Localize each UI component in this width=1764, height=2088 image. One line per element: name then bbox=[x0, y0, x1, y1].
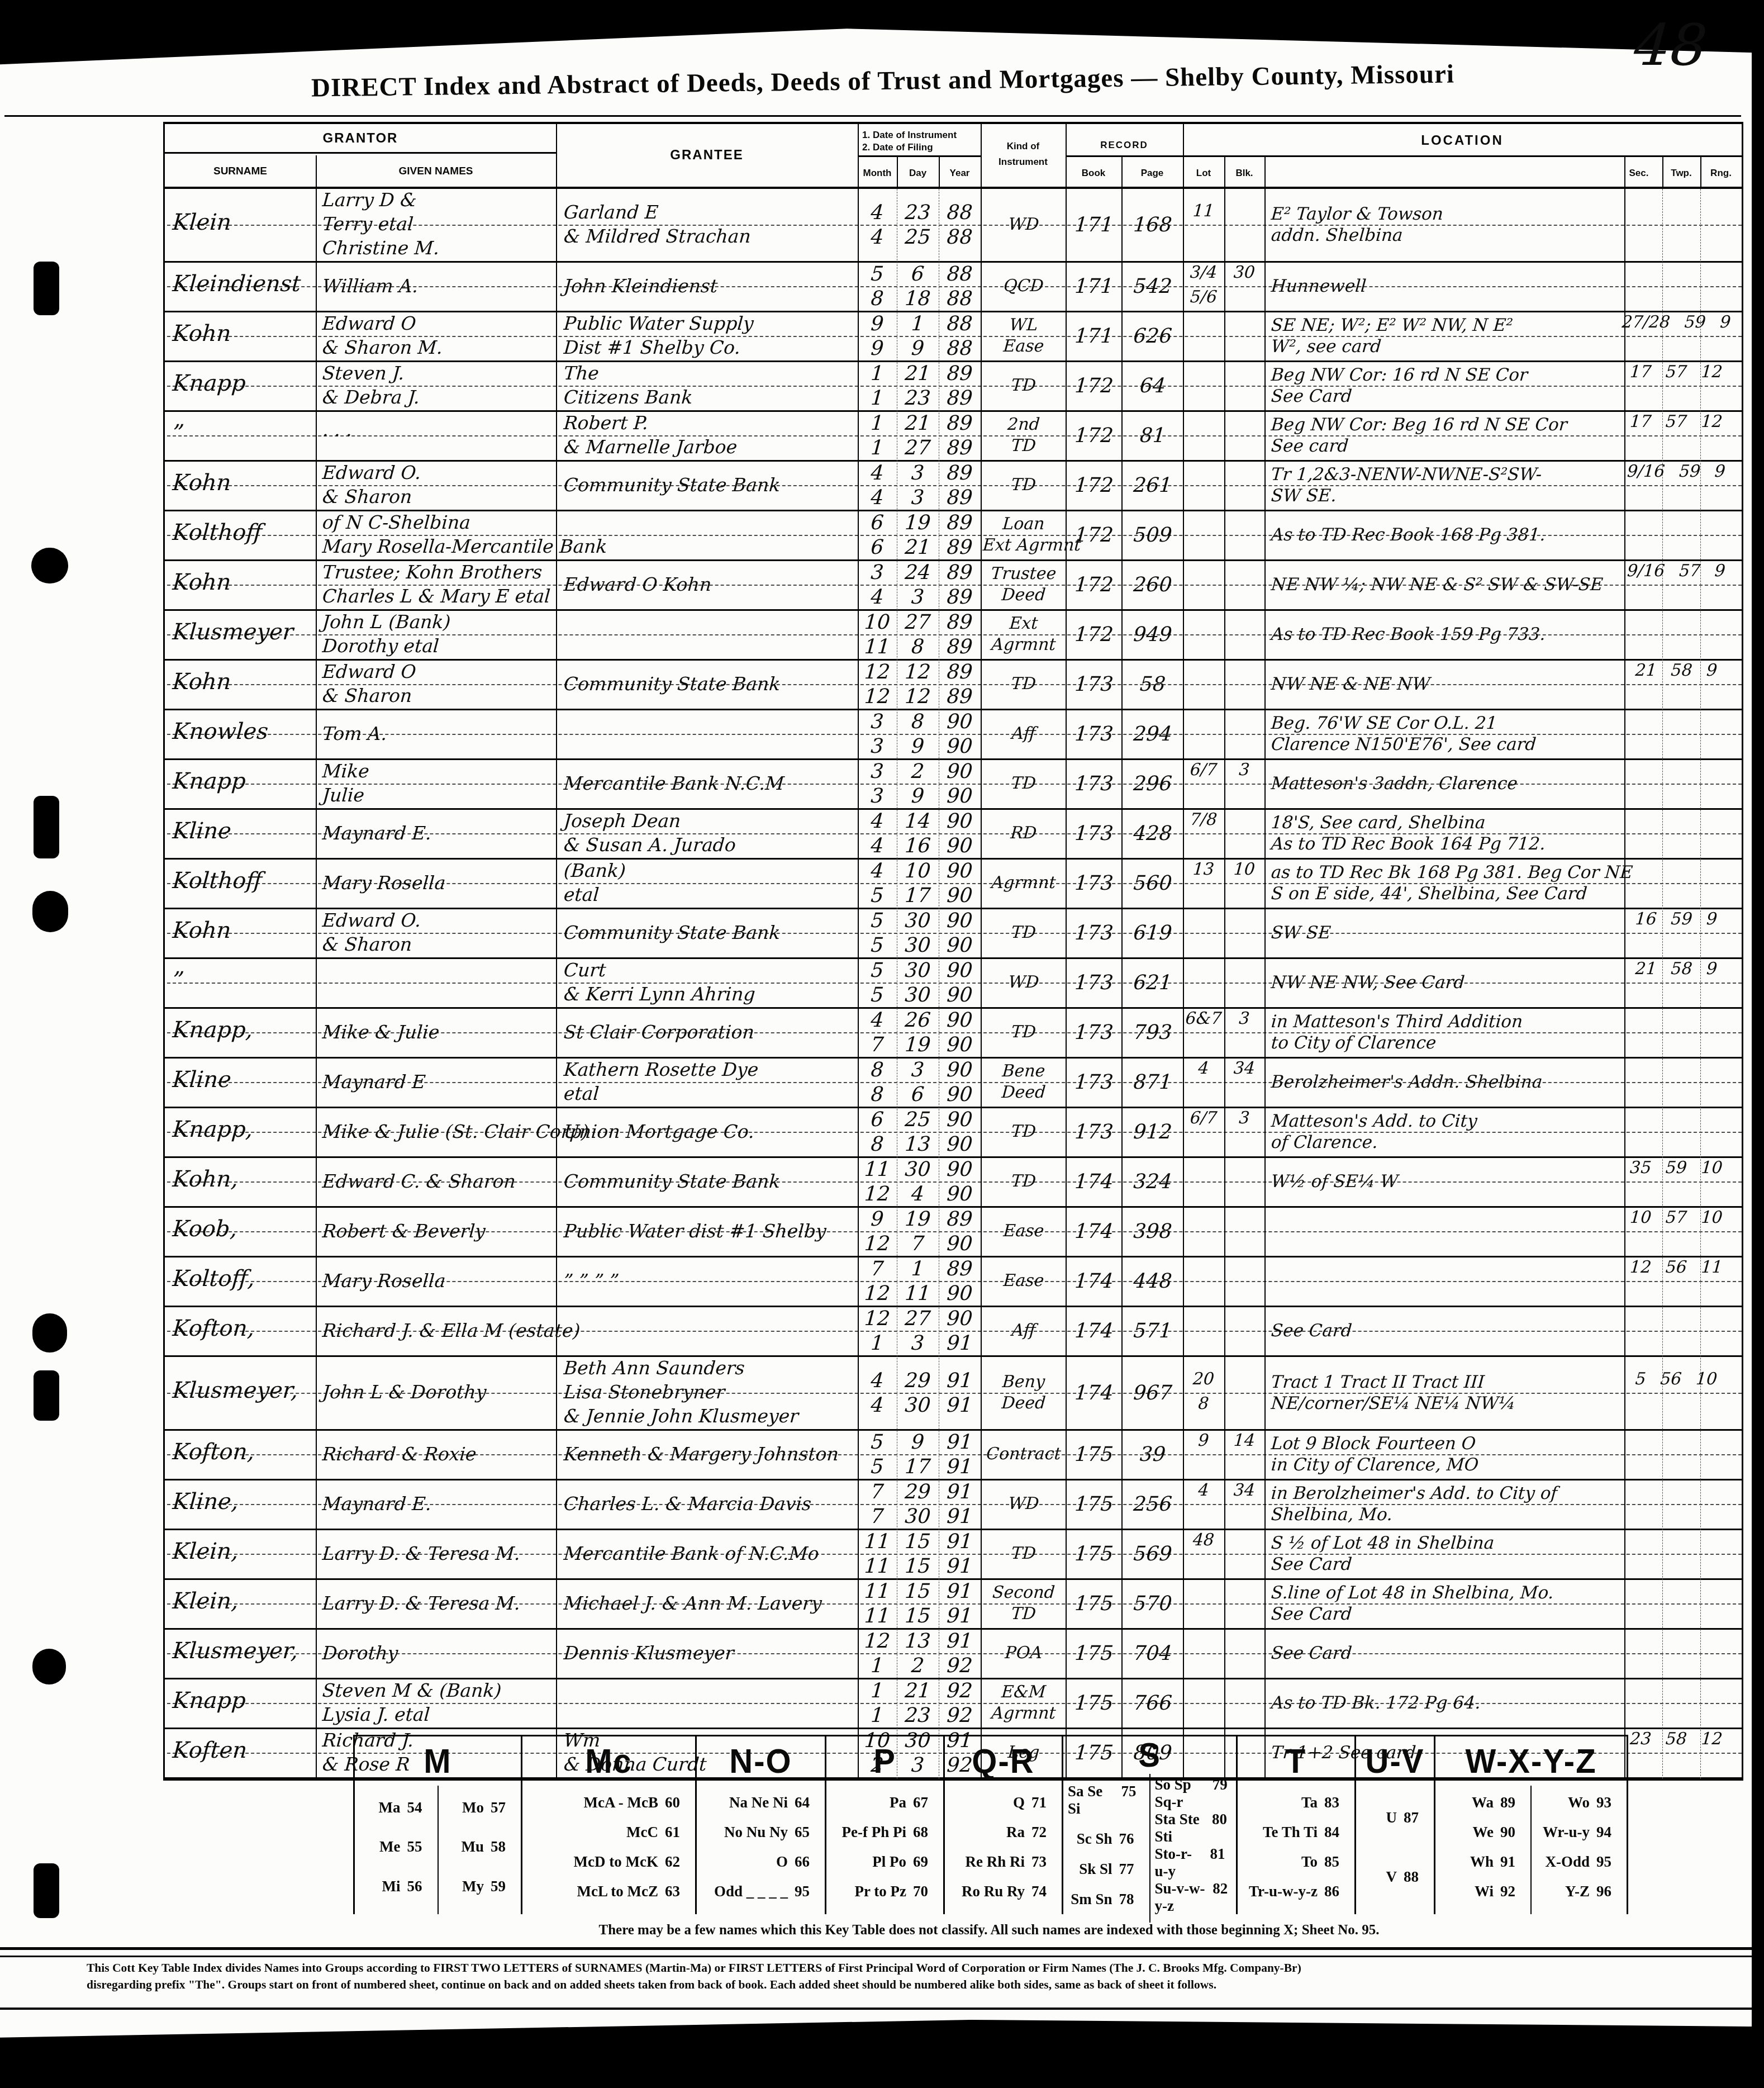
grantee-cell: & Marnelle Jarboe bbox=[563, 438, 738, 457]
hole-punch-mark bbox=[32, 891, 68, 932]
surname-cell: Knapp, bbox=[172, 1118, 254, 1141]
date-filing-cell: 3 bbox=[858, 736, 897, 757]
date-instrument-cell: 12 bbox=[897, 662, 939, 683]
lot-cell: 6/7 bbox=[1183, 1109, 1224, 1127]
given-names-cell: John L & Dorothy bbox=[322, 1383, 487, 1402]
key-entry-number: 54 bbox=[407, 1799, 433, 1816]
date-instrument-cell: 4 bbox=[858, 861, 897, 882]
key-entry: Na Ne Ni64 bbox=[701, 1794, 820, 1811]
date-filing-cell: 15 bbox=[897, 1606, 939, 1627]
date-filing-cell: 88 bbox=[939, 227, 981, 248]
key-group: M Ma54Me55Mi56Mo57Mu58My59 bbox=[355, 1736, 522, 1914]
date-filing-cell: 90 bbox=[939, 885, 981, 907]
date-filing-cell: 90 bbox=[939, 1134, 981, 1155]
lot-cell: 3/4 bbox=[1183, 264, 1224, 282]
lot-cell: 4 bbox=[1183, 1482, 1224, 1499]
date-filing-cell: 4 bbox=[858, 1395, 897, 1416]
blk-cell: 34 bbox=[1225, 1060, 1264, 1078]
lot-cell: 9 bbox=[1183, 1432, 1224, 1450]
key-entry-number: 70 bbox=[913, 1883, 939, 1900]
date-instrument-cell: 7 bbox=[858, 1259, 897, 1280]
given-names-cell: & Sharon bbox=[322, 487, 413, 507]
surname-cell: Kofton, bbox=[172, 1440, 255, 1464]
lot-cell: 5/6 bbox=[1183, 288, 1224, 306]
key-entry-label: Mi bbox=[382, 1878, 401, 1895]
table-row: Kohn,Edward C. & SharonCommunity State B… bbox=[165, 1158, 1742, 1208]
key-entry-number: 95 bbox=[1596, 1853, 1622, 1871]
key-entry-label: Sa Se Si bbox=[1068, 1783, 1115, 1817]
table-row: ”· · ·Robert P.& Marnelle Jarboe12189127… bbox=[165, 412, 1742, 462]
date-instrument-cell: 1 bbox=[858, 1681, 897, 1702]
header-month: Month bbox=[858, 168, 897, 179]
key-entry: Wi92 bbox=[1440, 1883, 1526, 1900]
given-names-cell: Mike & Julie bbox=[322, 1023, 440, 1042]
record-page-cell: 626 bbox=[1123, 326, 1183, 347]
location-cell: S ½ of Lot 48 in Shelbina bbox=[1271, 1534, 1495, 1553]
date-instrument-cell: 90 bbox=[939, 1060, 981, 1081]
surname-cell: Klusmeyer, bbox=[172, 1379, 299, 1402]
date-instrument-cell: 30 bbox=[897, 1159, 939, 1180]
given-names-cell: Trustee; Kohn Brothers bbox=[322, 563, 543, 582]
given-names-cell: Mary Rosella-Mercantile Bank bbox=[322, 537, 608, 557]
header-book: Book bbox=[1066, 168, 1121, 179]
date-filing-cell: 1 bbox=[858, 388, 897, 409]
key-entry-label: Me bbox=[379, 1838, 400, 1856]
date-instrument-cell: 92 bbox=[939, 1681, 981, 1702]
key-entry-label: Re Rh Ri bbox=[966, 1853, 1025, 1871]
date-filing-cell: 2 bbox=[897, 1655, 939, 1677]
record-book-cell: 172 bbox=[1067, 575, 1121, 596]
date-filing-cell: 90 bbox=[939, 935, 981, 956]
key-entry-number: 58 bbox=[491, 1838, 516, 1856]
sec-twp-rng-cell: 12 56 11 bbox=[1613, 1259, 1740, 1276]
key-entry-number: 64 bbox=[795, 1794, 820, 1811]
key-group: S Sa Se Si75Sc Sh76Sk Sl77Sm Sn78So Sp S… bbox=[1063, 1736, 1238, 1914]
record-book-cell: 173 bbox=[1067, 773, 1121, 795]
table-row: KohnEdward O& SharonCommunity State Bank… bbox=[165, 661, 1742, 710]
hole-punch-mark bbox=[31, 548, 68, 583]
surname-cell: Knapp, bbox=[172, 1018, 254, 1042]
location-cell: As to TD Rec Book 164 Pg 712. bbox=[1271, 835, 1546, 853]
date-instrument-cell: 15 bbox=[897, 1581, 939, 1602]
record-book-cell: 173 bbox=[1067, 1122, 1121, 1143]
key-group-letter: T bbox=[1238, 1735, 1354, 1787]
date-filing-cell: 8 bbox=[858, 1084, 897, 1105]
key-group: Q-R Q71Ra72Re Rh Ri73Ro Ru Ry74 bbox=[945, 1736, 1063, 1914]
date-instrument-cell: 5 bbox=[858, 264, 897, 285]
date-instrument-cell: 6 bbox=[858, 1109, 897, 1131]
location-cell: See Card bbox=[1271, 1322, 1353, 1340]
key-entry-label: Sm Sn bbox=[1071, 1891, 1112, 1908]
key-entry-label: Wi bbox=[1475, 1883, 1494, 1900]
header-grantor: GRANTOR bbox=[165, 131, 556, 146]
key-entry: Mo57 bbox=[443, 1799, 517, 1816]
date-instrument-cell: 5 bbox=[858, 960, 897, 981]
given-names-cell: Tom A. bbox=[322, 724, 388, 744]
date-filing-cell: 8 bbox=[897, 637, 939, 658]
key-entry-number: 68 bbox=[913, 1824, 939, 1841]
kind-of-instrument-cell: TD bbox=[982, 1173, 1065, 1190]
kind-of-instrument-cell: TD bbox=[982, 1123, 1065, 1141]
table-row: KlineMaynard EKathern Rosette Dyeetal839… bbox=[165, 1059, 1742, 1108]
footer-line-2: disregarding prefix "The". Groups start … bbox=[87, 1976, 1696, 1993]
lot-cell: 6/7 bbox=[1183, 761, 1224, 779]
kind-of-instrument-cell: E&M bbox=[982, 1683, 1065, 1701]
key-entry-label: To bbox=[1301, 1853, 1318, 1871]
table-row: KnappSteven M & (Bank)Lysia J. etal12192… bbox=[165, 1679, 1742, 1729]
key-entry: Te Th Ti84 bbox=[1242, 1824, 1350, 1841]
date-filing-cell: 8 bbox=[858, 288, 897, 310]
key-entry-label: Q bbox=[1013, 1794, 1025, 1811]
grantee-cell: Beth Ann Saunders bbox=[563, 1359, 745, 1378]
date-instrument-cell: 90 bbox=[939, 1159, 981, 1180]
lot-cell: 7/8 bbox=[1183, 811, 1224, 829]
given-names-cell: Larry D & bbox=[322, 191, 417, 210]
table-row: KolthoffMary Rosella(Bank)etal4109051790… bbox=[165, 860, 1742, 909]
key-entry-number: 76 bbox=[1119, 1830, 1145, 1848]
date-filing-cell: 12 bbox=[858, 686, 897, 708]
kind-of-instrument-cell: POA bbox=[982, 1644, 1065, 1662]
grantee-cell: & Susan A. Jurado bbox=[563, 836, 736, 855]
key-entry-number: 96 bbox=[1596, 1883, 1622, 1900]
grantee-cell: Edward O Kohn bbox=[563, 575, 712, 595]
kind-of-instrument-cell: Bene bbox=[982, 1062, 1065, 1080]
header-blk: Blk. bbox=[1224, 168, 1264, 179]
key-entry: Sta Ste Sti80 bbox=[1155, 1811, 1232, 1845]
table-row: KohnEdward O& Sharon M.Public Water Supp… bbox=[165, 312, 1742, 362]
kind-of-instrument-cell: Second bbox=[982, 1584, 1065, 1602]
surname-cell: Kolthoff bbox=[172, 869, 263, 893]
record-book-cell: 175 bbox=[1067, 1444, 1121, 1465]
given-names-cell: Lysia J. etal bbox=[322, 1705, 431, 1725]
blk-cell: 3 bbox=[1225, 761, 1264, 779]
header-given-names: GIVEN NAMES bbox=[316, 165, 556, 178]
date-filing-cell: 15 bbox=[897, 1556, 939, 1577]
blk-cell: 30 bbox=[1225, 264, 1264, 282]
record-book-cell: 173 bbox=[1067, 972, 1121, 994]
location-cell: Beg NW Cor: 16 rd N SE Cor bbox=[1271, 366, 1528, 385]
grantee-cell: Public Water Supply bbox=[563, 314, 754, 334]
key-entry-label: Sto-r-u-y bbox=[1155, 1845, 1204, 1880]
given-names-cell: Richard & Roxie bbox=[322, 1445, 477, 1464]
kind-of-instrument-cell: TD bbox=[982, 437, 1065, 455]
key-entry-number: 85 bbox=[1324, 1853, 1350, 1871]
location-cell: As to TD Rec Book 168 Pg 381. bbox=[1271, 526, 1546, 544]
grantee-cell: The bbox=[563, 364, 600, 383]
key-entry-label: Na Ne Ni bbox=[729, 1794, 788, 1811]
key-entry-label: My bbox=[462, 1878, 484, 1895]
key-entry-label: Sc Sh bbox=[1077, 1830, 1112, 1848]
key-group-letter: P bbox=[826, 1735, 943, 1787]
location-cell: As to TD Rec Book 159 Pg 733. bbox=[1271, 625, 1546, 644]
record-page-cell: 570 bbox=[1123, 1593, 1183, 1615]
date-filing-cell: 90 bbox=[939, 1084, 981, 1105]
location-cell: SW SE bbox=[1271, 924, 1332, 942]
table-row: KohnEdward O.& SharonCommunity State Ban… bbox=[165, 462, 1742, 511]
grantee-cell: Citizens Bank bbox=[563, 388, 693, 407]
key-entry-number: 63 bbox=[665, 1883, 691, 1900]
kind-of-instrument-cell: WL bbox=[982, 316, 1065, 334]
date-instrument-cell: 90 bbox=[939, 711, 981, 733]
date-filing-cell: 5 bbox=[858, 1456, 897, 1478]
table-row: Kolthoffof N C-ShelbinaMary Rosella-Merc… bbox=[165, 511, 1742, 561]
lot-cell: 8 bbox=[1183, 1395, 1224, 1413]
date-instrument-cell: 4 bbox=[858, 463, 897, 484]
record-book-cell: 175 bbox=[1067, 1643, 1121, 1664]
given-names-cell: William A. bbox=[322, 277, 419, 296]
record-book-cell: 173 bbox=[1067, 1072, 1121, 1093]
date-filing-cell: 5 bbox=[858, 885, 897, 907]
record-page-cell: 793 bbox=[1123, 1022, 1183, 1043]
record-book-cell: 175 bbox=[1067, 1693, 1121, 1714]
surname-cell: Koltoff, bbox=[172, 1267, 256, 1290]
date-instrument-cell: 89 bbox=[939, 512, 981, 534]
date-filing-cell: 4 bbox=[858, 487, 897, 509]
key-entry-number: 62 bbox=[665, 1853, 691, 1871]
kind-of-instrument-cell: Loan bbox=[982, 515, 1065, 533]
date-filing-cell: 23 bbox=[897, 388, 939, 409]
grantee-cell: (Bank) bbox=[563, 861, 626, 881]
record-page-cell: 571 bbox=[1123, 1321, 1183, 1342]
key-entry: Ro Ru Ry74 bbox=[949, 1883, 1057, 1900]
grantee-cell: Joseph Dean bbox=[563, 812, 682, 831]
grantee-cell: & Jennie John Klusmeyer bbox=[563, 1407, 799, 1426]
date-filing-cell: 7 bbox=[897, 1233, 939, 1255]
sec-twp-rng-cell: 21 58 9 bbox=[1613, 662, 1740, 680]
key-entry: No Nu Ny65 bbox=[701, 1824, 820, 1841]
blk-cell: 3 bbox=[1225, 1010, 1264, 1028]
date-filing-cell: 12 bbox=[858, 1283, 897, 1304]
record-page-cell: 621 bbox=[1123, 972, 1183, 994]
surname-cell: Kline bbox=[172, 819, 232, 843]
key-entry: Mu58 bbox=[443, 1838, 517, 1856]
record-page-cell: 256 bbox=[1123, 1494, 1183, 1515]
key-entry: McC61 bbox=[527, 1824, 691, 1841]
key-entry-number: 65 bbox=[795, 1824, 820, 1841]
date-filing-cell: 89 bbox=[939, 686, 981, 708]
table-row: Klusmeyer,John L & DorothyBeth Ann Saund… bbox=[165, 1357, 1742, 1431]
date-filing-cell: 92 bbox=[939, 1705, 981, 1726]
date-instrument-cell: 1 bbox=[897, 314, 939, 335]
surname-cell: Kohn bbox=[172, 670, 232, 694]
sec-twp-rng-cell: 27/28 59 9 bbox=[1613, 314, 1740, 331]
surname-cell: Kleindienst bbox=[172, 272, 302, 296]
surname-cell: Klein bbox=[172, 211, 232, 234]
surname-cell: Kohn bbox=[172, 919, 232, 942]
scan-edge-right bbox=[1752, 31, 1764, 2088]
surname-cell: Kofton, bbox=[172, 1317, 255, 1340]
record-book-cell: 173 bbox=[1067, 674, 1121, 695]
table-row: Knapp,Mike & JulieSt Clair Corporation42… bbox=[165, 1009, 1742, 1059]
date-instrument-cell: 23 bbox=[897, 202, 939, 224]
date-filing-cell: 91 bbox=[939, 1556, 981, 1577]
date-instrument-cell: 89 bbox=[939, 363, 981, 385]
grantee-cell: St Clair Corporation bbox=[563, 1023, 755, 1042]
key-entry: Sc Sh76 bbox=[1068, 1830, 1145, 1848]
kind-of-instrument-cell: Agrmnt bbox=[982, 636, 1065, 654]
date-instrument-cell: 29 bbox=[897, 1482, 939, 1503]
record-book-cell: 173 bbox=[1067, 724, 1121, 745]
page-title: DIRECT Index and Abstract of Deeds, Deed… bbox=[257, 58, 1509, 103]
date-instrument-cell: 9 bbox=[897, 1432, 939, 1453]
key-entry-number: 77 bbox=[1119, 1861, 1145, 1878]
given-names-cell: · · · bbox=[322, 426, 353, 445]
header-rng: Rng. bbox=[1700, 168, 1742, 179]
given-names-cell: & Debra J. bbox=[322, 388, 421, 407]
record-book-cell: 171 bbox=[1067, 215, 1121, 236]
key-entry-label: Wa bbox=[1472, 1794, 1494, 1811]
location-cell: SW SE. bbox=[1271, 487, 1337, 505]
date-instrument-cell: 89 bbox=[939, 662, 981, 683]
date-instrument-cell: 91 bbox=[939, 1581, 981, 1602]
kind-of-instrument-cell: Trustee bbox=[982, 565, 1065, 583]
kind-of-instrument-cell: WD bbox=[982, 974, 1065, 991]
date-filing-cell: 91 bbox=[939, 1456, 981, 1478]
key-entry-number: 75 bbox=[1121, 1783, 1145, 1800]
kind-of-instrument-cell: WD bbox=[982, 216, 1065, 234]
location-cell: to City of Clarence bbox=[1271, 1034, 1437, 1052]
key-entry-number: 61 bbox=[665, 1824, 691, 1841]
key-entry: McD to McK62 bbox=[527, 1853, 691, 1871]
key-entry-label: McC bbox=[626, 1824, 658, 1841]
record-page-cell: 260 bbox=[1123, 575, 1183, 596]
surname-cell: Klusmeyer, bbox=[172, 1639, 299, 1663]
location-cell: as to TD Rec Bk 168 Pg 381. Beg Cor NE bbox=[1271, 863, 1633, 882]
date-filing-cell: 11 bbox=[858, 1556, 897, 1577]
given-names-cell: Larry D. & Teresa M. bbox=[322, 1544, 521, 1564]
date-filing-cell: 7 bbox=[858, 1506, 897, 1527]
key-entry-label: No Nu Ny bbox=[724, 1824, 788, 1841]
key-group-letter: Q-R bbox=[945, 1735, 1062, 1787]
surname-cell: Knapp bbox=[172, 1689, 247, 1712]
kind-of-instrument-cell: Ext bbox=[982, 615, 1065, 633]
sec-twp-rng-cell: 17 57 12 bbox=[1613, 413, 1740, 431]
key-entry: Ma54 bbox=[359, 1799, 433, 1816]
hole-punch-mark bbox=[34, 1370, 59, 1421]
key-entry-label: U bbox=[1386, 1809, 1397, 1826]
date-filing-cell: 12 bbox=[897, 686, 939, 708]
date-filing-cell: 21 bbox=[897, 537, 939, 558]
date-instrument-cell: 89 bbox=[939, 1209, 981, 1230]
record-page-cell: 704 bbox=[1123, 1643, 1183, 1664]
date-filing-cell: 90 bbox=[939, 736, 981, 757]
date-instrument-cell: 90 bbox=[939, 910, 981, 932]
date-instrument-cell: 25 bbox=[897, 1109, 939, 1131]
key-entry-label: Ra bbox=[1006, 1824, 1025, 1841]
kind-of-instrument-cell: Deed bbox=[982, 1394, 1065, 1412]
record-book-cell: 172 bbox=[1067, 376, 1121, 397]
key-entry-number: 89 bbox=[1500, 1794, 1526, 1811]
key-entry-number: 67 bbox=[913, 1794, 939, 1811]
header-location: LOCATION bbox=[1183, 133, 1742, 149]
kind-of-instrument-cell: Agrmnt bbox=[982, 874, 1065, 892]
location-cell: S on E side, 44', Shelbina, See Card bbox=[1271, 885, 1588, 903]
kind-of-instrument-cell: TD bbox=[982, 775, 1065, 793]
location-cell: NE/corner/SE¼ NE¼ NW¼ bbox=[1271, 1394, 1516, 1413]
grantee-cell: Curt bbox=[563, 961, 607, 980]
location-cell: E² Taylor & Towson bbox=[1271, 205, 1444, 224]
grantee-cell: Community State Bank bbox=[563, 1172, 781, 1192]
grantee-cell: Community State Bank bbox=[563, 476, 781, 495]
location-cell: S.line of Lot 48 in Shelbina, Mo. bbox=[1271, 1584, 1554, 1602]
date-filing-cell: 91 bbox=[939, 1333, 981, 1354]
date-filing-cell: 89 bbox=[939, 587, 981, 608]
grantee-cell: Lisa Stonebryner bbox=[563, 1383, 726, 1402]
given-names-cell: Edward O. bbox=[322, 463, 422, 483]
header-date-filing: 2. Date of Filing bbox=[862, 142, 982, 153]
date-instrument-cell: 5 bbox=[858, 1432, 897, 1453]
kind-of-instrument-cell: TD bbox=[982, 476, 1065, 494]
date-filing-cell: 3 bbox=[897, 587, 939, 608]
kind-of-instrument-cell: 2nd bbox=[982, 416, 1065, 434]
key-table-index: M Ma54Me55Mi56Mo57Mu58My59 Mc McA - McB6… bbox=[353, 1735, 1628, 1914]
date-instrument-cell: 15 bbox=[897, 1531, 939, 1553]
record-page-cell: 64 bbox=[1123, 376, 1183, 397]
date-filing-cell: 30 bbox=[897, 1506, 939, 1527]
given-names-cell: Mike & Julie (St. Clair Corp) bbox=[322, 1122, 589, 1142]
date-filing-cell: 12 bbox=[858, 1233, 897, 1255]
record-book-cell: 173 bbox=[1067, 823, 1121, 844]
location-cell: 18'S, See card, Shelbina bbox=[1271, 814, 1486, 832]
date-filing-cell: 9 bbox=[897, 338, 939, 359]
date-instrument-cell: 30 bbox=[897, 960, 939, 981]
date-instrument-cell: 90 bbox=[939, 761, 981, 782]
key-entry-label: McA - McB bbox=[584, 1794, 658, 1811]
date-instrument-cell: 12 bbox=[858, 1308, 897, 1330]
key-entry-label: O bbox=[776, 1853, 788, 1871]
hole-punch-mark bbox=[34, 1863, 59, 1918]
grantee-cell: Dist #1 Shelby Co. bbox=[563, 338, 741, 358]
record-book-cell: 172 bbox=[1067, 624, 1121, 646]
location-cell: NW NE NW, See Card bbox=[1271, 974, 1466, 992]
record-page-cell: 448 bbox=[1123, 1271, 1183, 1292]
record-book-cell: 171 bbox=[1067, 276, 1121, 297]
kind-of-instrument-cell: TD bbox=[982, 675, 1065, 693]
key-entry: Wr-u-y94 bbox=[1536, 1824, 1622, 1841]
table-row: KnappSteven J.& Debra J.TheCitizens Bank… bbox=[165, 362, 1742, 412]
given-names-cell: Dorothy bbox=[322, 1644, 399, 1663]
grantee-cell: Community State Bank bbox=[563, 675, 781, 694]
key-entry: Su-v-w-y-z82 bbox=[1155, 1880, 1232, 1915]
location-cell: Matteson's 3addn, Clarence bbox=[1271, 775, 1518, 793]
date-instrument-cell: 14 bbox=[897, 811, 939, 832]
date-instrument-cell: 10 bbox=[897, 861, 939, 882]
table-row: Koob,Robert & BeverlyPublic Water dist #… bbox=[165, 1208, 1742, 1257]
key-entry-label: Y-Z bbox=[1565, 1883, 1590, 1900]
date-instrument-cell: 89 bbox=[939, 1259, 981, 1280]
header-page: Page bbox=[1121, 168, 1183, 179]
surname-cell: Kohn bbox=[172, 471, 232, 495]
record-book-cell: 173 bbox=[1067, 1022, 1121, 1043]
grantee-cell: & Kerri Lynn Ahring bbox=[563, 985, 756, 1004]
key-entry: Pl Po69 bbox=[831, 1853, 939, 1871]
key-entry-number: 90 bbox=[1500, 1824, 1526, 1841]
surname-cell: Kohn bbox=[172, 322, 232, 345]
grantee-cell: Kenneth & Margery Johnston bbox=[563, 1445, 839, 1464]
date-filing-cell: 6 bbox=[858, 537, 897, 558]
date-filing-cell: 90 bbox=[939, 1184, 981, 1205]
scanned-ledger-page: 48 DIRECT Index and Abstract of Deeds, D… bbox=[0, 0, 1764, 2088]
date-instrument-cell: 26 bbox=[897, 1010, 939, 1031]
key-group: N-O Na Ne Ni64No Nu Ny65O66Odd _ _ _ _95 bbox=[697, 1736, 826, 1914]
date-instrument-cell: 1 bbox=[858, 363, 897, 385]
key-entry-number: 95 bbox=[795, 1883, 820, 1900]
given-names-cell: Dorothy etal bbox=[322, 637, 440, 656]
surname-cell: Koob, bbox=[172, 1217, 238, 1241]
location-cell: Tr 1,2&3-NENW-NWNE-S²SW- bbox=[1271, 466, 1542, 484]
grantee-cell: Union Mortgage Co. bbox=[563, 1122, 755, 1142]
record-page-cell: 398 bbox=[1123, 1221, 1183, 1242]
